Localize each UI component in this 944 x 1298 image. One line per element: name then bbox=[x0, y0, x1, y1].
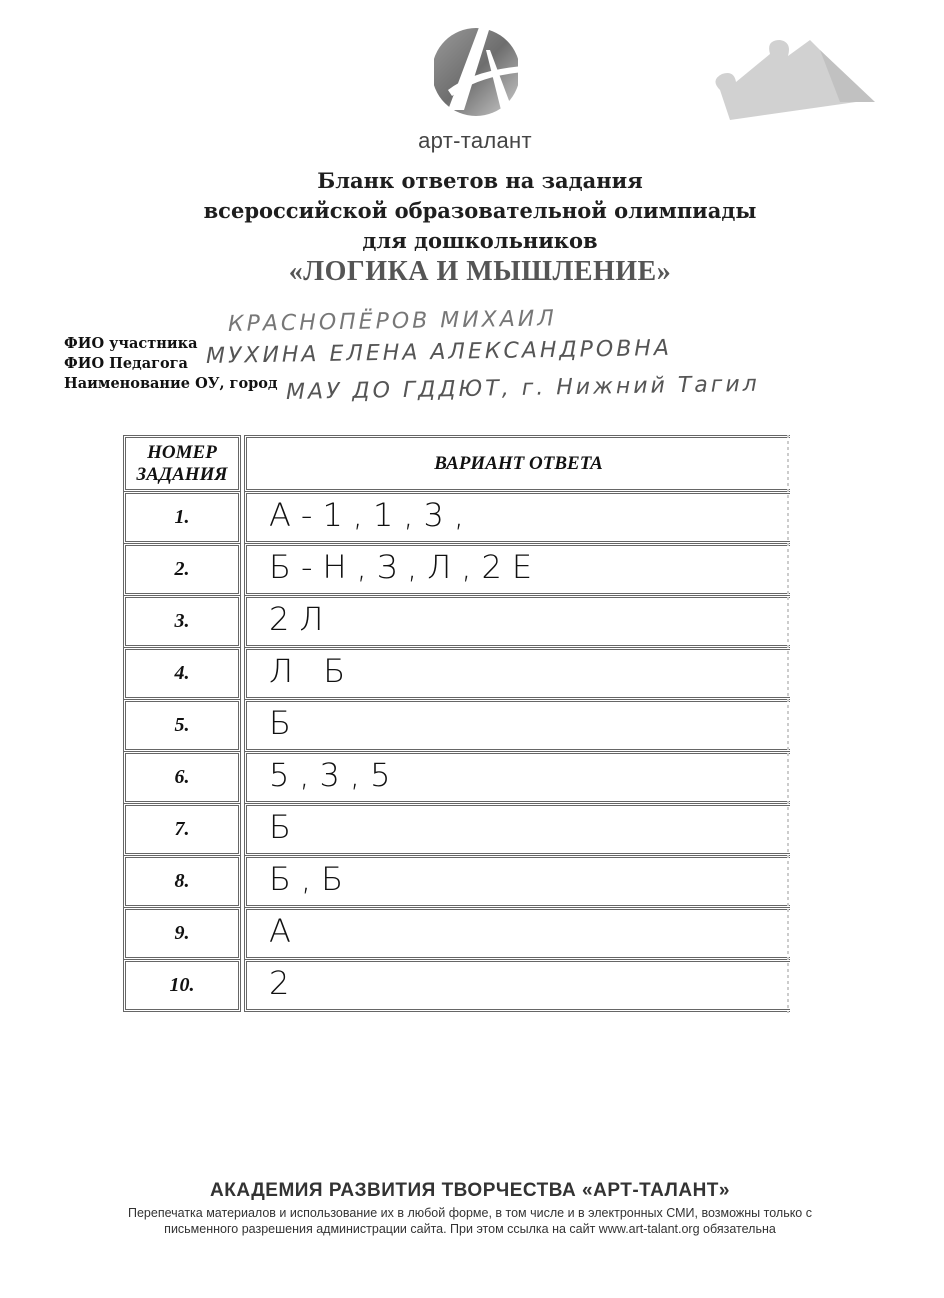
task-number: 5. bbox=[123, 699, 241, 752]
olympiad-name: «ЛОГИКА И МЫШЛЕНИЕ» bbox=[120, 256, 840, 288]
form-title-line-2: всероссийской образовательной олимпиады bbox=[120, 198, 840, 223]
header-task-number-line-2: ЗАДАНИЯ bbox=[137, 464, 228, 486]
puzzle-pieces-icon bbox=[700, 30, 890, 140]
table-row: 7.Б bbox=[123, 803, 790, 856]
handwritten-answer: 2 bbox=[269, 964, 299, 1002]
answer-cell[interactable]: 2Л bbox=[244, 595, 790, 648]
answer-cell[interactable]: 2 bbox=[244, 959, 790, 1012]
header-task-number-line-1: НОМЕР bbox=[147, 442, 217, 464]
table-row: 8.Б,Б bbox=[123, 855, 790, 908]
form-title-line-1: Бланк ответов на задания bbox=[120, 168, 840, 193]
table-row: 3.2Л bbox=[123, 595, 790, 648]
answer-cell[interactable]: А bbox=[244, 907, 790, 960]
handwritten-answer: Б bbox=[269, 704, 301, 742]
answer-cell[interactable]: Б-Н,З,Л,2Е bbox=[244, 543, 790, 596]
table-row: 4.Л Б bbox=[123, 647, 790, 700]
task-number: 6. bbox=[123, 751, 241, 804]
header-answer-variant: ВАРИАНТ ОТВЕТА bbox=[244, 435, 790, 492]
art-talant-logo-icon bbox=[434, 10, 518, 118]
table-row: 5.Б bbox=[123, 699, 790, 752]
header-task-number: НОМЕР ЗАДАНИЯ bbox=[123, 435, 241, 492]
task-number: 1. bbox=[123, 491, 241, 544]
table-right-edge bbox=[787, 435, 789, 1013]
answer-cell[interactable]: Б bbox=[244, 699, 790, 752]
footer-title: АКАДЕМИЯ РАЗВИТИЯ ТВОРЧЕСТВА «АРТ-ТАЛАНТ… bbox=[100, 1180, 840, 1202]
task-number: 3. bbox=[123, 595, 241, 648]
task-number: 7. bbox=[123, 803, 241, 856]
table-header-row: НОМЕР ЗАДАНИЯ ВАРИАНТ ОТВЕТА bbox=[123, 435, 790, 492]
teacher-name-value: МУХИНА ЕЛЕНА АЛЕКСАНДРОВНА bbox=[206, 336, 672, 369]
answer-cell[interactable]: Б,Б bbox=[244, 855, 790, 908]
footer-copyright-line-2: письменного разрешения администрации сай… bbox=[80, 1222, 860, 1236]
handwritten-answer: А bbox=[269, 912, 301, 950]
handwritten-answer: Б-Н,З,Л,2Е bbox=[269, 548, 542, 586]
task-number: 8. bbox=[123, 855, 241, 908]
task-number: 4. bbox=[123, 647, 241, 700]
answer-cell[interactable]: 5,3,5 bbox=[244, 751, 790, 804]
participant-name-label: ФИО участника bbox=[64, 335, 197, 352]
answer-cell[interactable]: Б bbox=[244, 803, 790, 856]
participant-name-value: КРАСНОПЁРОВ МИХАИЛ bbox=[228, 306, 557, 337]
table-row: 1.А-1,1,3, bbox=[123, 491, 790, 544]
institution-value: МАУ ДО ГДДЮТ, г. Нижний Тагил bbox=[286, 372, 760, 405]
handwritten-answer: Л Б bbox=[269, 652, 355, 690]
handwritten-answer: Б,Б bbox=[269, 860, 353, 898]
form-title-line-3: для дошкольников bbox=[120, 228, 840, 253]
task-number: 2. bbox=[123, 543, 241, 596]
footer-copyright-line-1: Перепечатка материалов и использование и… bbox=[80, 1206, 860, 1220]
institution-label: Наименование ОУ, город bbox=[64, 375, 278, 392]
answer-cell[interactable]: А-1,1,3, bbox=[244, 491, 790, 544]
handwritten-answer: А-1,1,3, bbox=[269, 496, 474, 534]
teacher-name-label: ФИО Педагога bbox=[64, 355, 188, 372]
answer-cell[interactable]: Л Б bbox=[244, 647, 790, 700]
table-row: 2.Б-Н,З,Л,2Е bbox=[123, 543, 790, 596]
task-number: 10. bbox=[123, 959, 241, 1012]
handwritten-answer: 2Л bbox=[269, 600, 333, 638]
table-row: 6.5,3,5 bbox=[123, 751, 790, 804]
handwritten-answer: Б bbox=[269, 808, 301, 846]
table-row: 9.А bbox=[123, 907, 790, 960]
handwritten-answer: 5,3,5 bbox=[269, 756, 400, 794]
answers-table: НОМЕР ЗАДАНИЯ ВАРИАНТ ОТВЕТА 1.А-1,1,3,2… bbox=[123, 435, 790, 1013]
task-number: 9. bbox=[123, 907, 241, 960]
logo-text: арт-талант bbox=[370, 128, 580, 154]
table-row: 10.2 bbox=[123, 959, 790, 1012]
